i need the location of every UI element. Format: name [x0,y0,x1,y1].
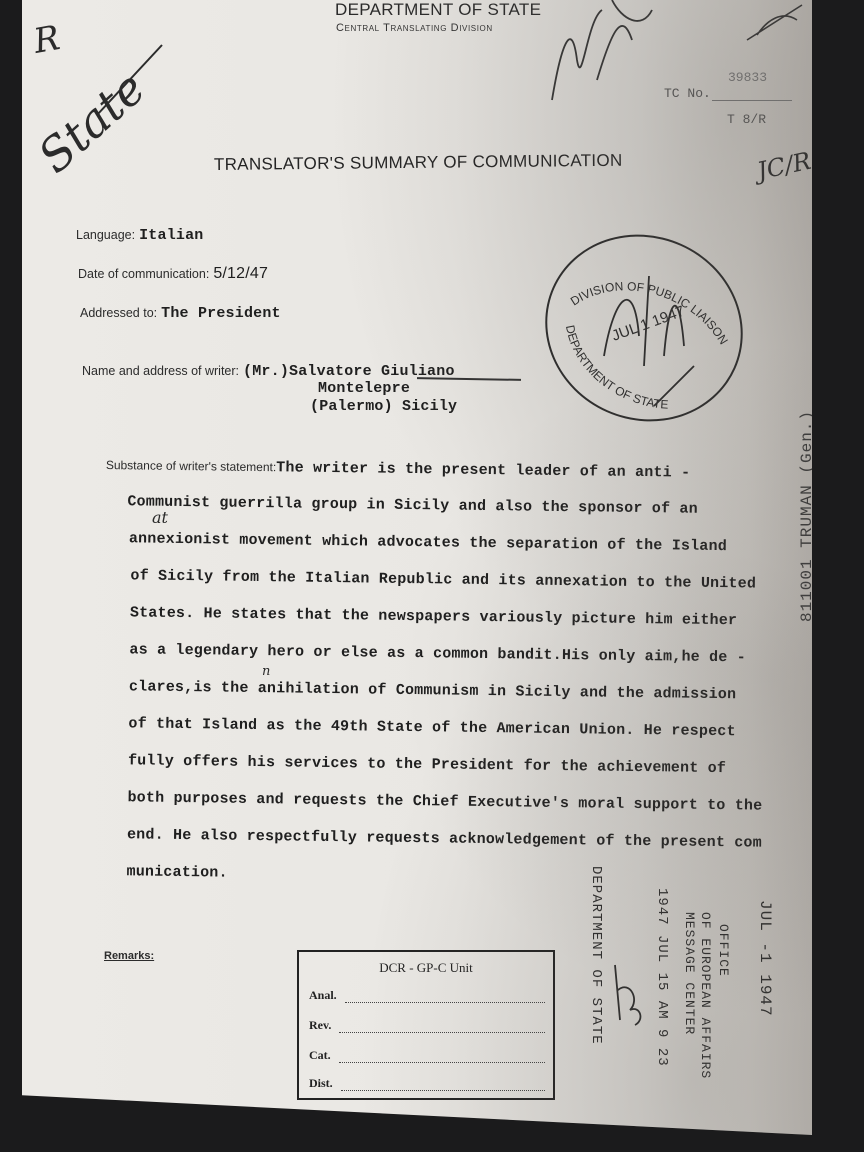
dcr-row-anal[interactable]: Anal. [309,988,545,1003]
handwritten-initial: R [31,18,63,62]
writer-label: Name and address of writer: [82,364,239,378]
dcr-row-rev[interactable]: Rev. [309,1018,545,1033]
dcr-title: DCR - GP-C Unit [299,960,553,976]
initials-scribble-icon [610,960,650,1030]
language-value: Italian [139,227,203,244]
date-value: 5/12/47 [213,265,268,282]
department-heading: DEPARTMENT OF STATE [335,0,541,20]
public-liaison-stamp-text: DIVISION OF PUBLIC LIAISON DEPARTMENT OF… [544,236,744,421]
european-affairs-stamp: OF EUROPEAN AFFAIRS [698,912,713,1079]
margin-file-stamp: 811001 TRUMAN (Gen.) [798,410,816,622]
remarks-label: Remarks: [104,950,154,962]
writer-address-2: (Palermo) Sicily [310,398,457,415]
date-field: Date of communication: 5/12/47 [78,265,268,283]
tc-number: 39833 [728,70,767,85]
signature-scribble-icon [742,0,812,45]
handwritten-insert-n: n [262,664,270,679]
writer-address-1: Montelepre [318,380,410,397]
division-heading: Central Translating Division [336,22,493,34]
dcr-row-cat[interactable]: Cat. [309,1048,545,1063]
substance-label: Substance of writer's statement: [106,458,277,474]
office-stamp: OFFICE [716,924,731,977]
received-date-stamp: 1947 JUL 15 AM 9 23 [654,888,670,1067]
tc-underline [712,100,792,101]
language-field: Language: Italian [76,226,204,244]
handwritten-insert-at: at [152,508,168,527]
handwritten-jc-r: JC/R [755,147,814,186]
message-center-stamp: MESSAGE CENTER [682,912,697,1035]
document-page: R State DEPARTMENT OF STATE Central Tran… [22,0,812,1135]
svg-text:JUL 1 1947: JUL 1 1947 [610,303,687,345]
tc-label: TC No. [664,86,711,101]
dcr-row-dist[interactable]: Dist. [309,1076,545,1091]
document-title: TRANSLATOR'S SUMMARY OF COMMUNICATION [214,151,623,175]
signature-scribble-icon [542,0,662,110]
dept-of-state-stamp: DEPARTMENT OF STATE [588,866,604,1045]
addressed-field: Addressed to: The President [80,304,281,322]
t-code: T 8/R [727,112,766,127]
substance-section: Substance of writer's statement:The writ… [100,455,826,908]
dcr-routing-box: DCR - GP-C Unit Anal. Rev. Cat. Dist. [297,950,555,1100]
writer-field: Name and address of writer: (Mr.)Salvato… [82,362,455,380]
language-label: Language: [76,228,135,242]
european-affairs-date: JUL -1 1947 [756,900,774,1017]
name-underline [417,377,521,381]
addressed-label: Addressed to: [80,306,157,320]
date-label: Date of communication: [78,267,209,281]
addressed-value: The President [161,305,281,322]
handwritten-stroke-icon [92,40,172,120]
svg-text:DIVISION OF PUBLIC LIAISON: DIVISION OF PUBLIC LIAISON [568,279,731,347]
